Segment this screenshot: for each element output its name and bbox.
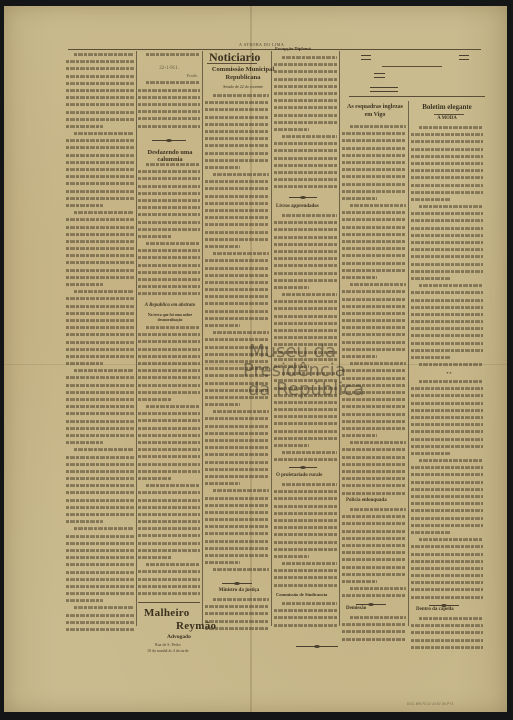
text-line bbox=[419, 538, 483, 541]
text-line bbox=[138, 520, 200, 523]
text-line bbox=[146, 242, 200, 245]
text-line bbox=[419, 380, 483, 383]
text-line bbox=[138, 362, 200, 365]
text-line bbox=[205, 511, 269, 514]
text-line bbox=[342, 449, 406, 452]
text-line bbox=[342, 551, 406, 554]
text-line bbox=[350, 441, 406, 444]
text-line bbox=[138, 369, 200, 372]
ad-hours: 10 da manhã ás 4 da tarde bbox=[147, 648, 189, 653]
text-line bbox=[205, 310, 269, 313]
text-line bbox=[138, 103, 200, 106]
text-line bbox=[66, 240, 134, 243]
text-line bbox=[342, 269, 406, 272]
text-line bbox=[66, 218, 134, 221]
text-line bbox=[205, 620, 269, 623]
text-line bbox=[419, 126, 483, 129]
text-line bbox=[66, 456, 134, 459]
text-line bbox=[411, 646, 483, 649]
text-line bbox=[138, 463, 200, 466]
text-line bbox=[66, 283, 103, 286]
text-line bbox=[66, 147, 134, 150]
text-line bbox=[274, 221, 337, 224]
text-line bbox=[411, 445, 483, 448]
watermark-line: Presidência bbox=[243, 361, 364, 380]
text-line bbox=[411, 560, 483, 563]
text-line bbox=[274, 70, 337, 73]
text-line bbox=[138, 427, 200, 430]
text-line bbox=[342, 477, 406, 480]
text-line bbox=[274, 257, 337, 260]
text-line bbox=[138, 376, 200, 379]
text-line bbox=[138, 570, 200, 573]
text-line bbox=[66, 578, 134, 581]
text-line bbox=[146, 53, 200, 56]
text-line bbox=[138, 578, 200, 581]
text-line bbox=[138, 117, 200, 120]
text-line bbox=[342, 190, 406, 193]
text-line bbox=[342, 290, 406, 293]
text-line bbox=[350, 616, 406, 619]
text-line bbox=[205, 281, 269, 284]
headline-demissao: Demissão bbox=[346, 606, 366, 611]
text-line bbox=[342, 515, 406, 518]
headline-ministro: Ministro da justiça bbox=[209, 588, 269, 593]
column-6-body bbox=[411, 124, 483, 369]
text-line bbox=[66, 535, 134, 538]
text-line bbox=[274, 85, 337, 88]
text-line bbox=[205, 525, 269, 528]
text-line bbox=[66, 470, 134, 473]
text-line bbox=[342, 312, 406, 315]
text-line bbox=[411, 481, 483, 484]
text-line bbox=[419, 205, 483, 208]
watermark-line: Museu da bbox=[249, 342, 364, 361]
text-line bbox=[342, 522, 406, 525]
column-rule bbox=[202, 51, 203, 626]
text-line bbox=[66, 111, 134, 114]
text-line bbox=[342, 470, 406, 473]
text-line bbox=[66, 463, 134, 466]
text-line bbox=[66, 592, 134, 595]
text-line bbox=[66, 377, 134, 380]
text-line bbox=[282, 562, 337, 565]
text-line bbox=[138, 333, 200, 336]
text-line bbox=[66, 520, 103, 523]
text-line bbox=[66, 96, 134, 99]
text-line bbox=[66, 168, 134, 171]
text-line bbox=[66, 89, 134, 92]
title-rule bbox=[207, 63, 257, 64]
text-line bbox=[66, 348, 134, 351]
text-line bbox=[274, 490, 337, 493]
text-line bbox=[205, 152, 269, 155]
text-line bbox=[138, 257, 200, 260]
text-line bbox=[274, 157, 337, 160]
text-line bbox=[66, 75, 134, 78]
text-line bbox=[66, 226, 134, 229]
text-line bbox=[66, 125, 103, 128]
text-line bbox=[138, 177, 200, 180]
text-line bbox=[411, 596, 483, 599]
text-line bbox=[411, 474, 483, 477]
headline-sindicancia: Commissão de Sindicancia bbox=[276, 592, 327, 597]
text-line bbox=[274, 423, 337, 426]
headline-rule bbox=[434, 114, 464, 115]
text-line bbox=[342, 566, 406, 569]
text-line bbox=[138, 527, 200, 530]
text-line bbox=[205, 116, 269, 119]
text-line bbox=[342, 147, 406, 150]
text-line bbox=[66, 341, 134, 344]
text-line bbox=[138, 535, 200, 538]
text-line bbox=[342, 573, 406, 576]
text-line bbox=[205, 482, 240, 485]
text-line bbox=[274, 430, 337, 433]
text-line bbox=[274, 171, 337, 174]
text-line bbox=[274, 286, 309, 289]
text-line bbox=[411, 169, 483, 172]
watermark-line: da República bbox=[248, 380, 364, 399]
text-line bbox=[274, 114, 337, 117]
text-line bbox=[411, 133, 483, 136]
text-line bbox=[274, 512, 337, 515]
text-line bbox=[411, 162, 483, 165]
column-5-body-2 bbox=[342, 506, 406, 604]
text-line bbox=[138, 592, 200, 595]
text-line bbox=[66, 556, 134, 559]
text-line bbox=[138, 506, 200, 509]
text-line bbox=[74, 448, 134, 451]
text-line bbox=[342, 276, 377, 279]
text-line bbox=[205, 475, 269, 478]
text-line bbox=[138, 556, 172, 559]
column-6-body-2 bbox=[411, 378, 483, 606]
text-line bbox=[213, 489, 269, 492]
text-line bbox=[205, 533, 269, 536]
text-line bbox=[342, 558, 406, 561]
text-line bbox=[205, 267, 269, 270]
text-line bbox=[411, 553, 483, 556]
text-line bbox=[274, 616, 337, 619]
text-line bbox=[205, 627, 269, 630]
text-line bbox=[205, 238, 269, 241]
headline-livros: Livros apprendados bbox=[276, 204, 319, 209]
text-line bbox=[138, 185, 200, 188]
text-line bbox=[274, 519, 337, 522]
text-line bbox=[138, 513, 200, 516]
text-line bbox=[66, 262, 134, 265]
text-line bbox=[411, 430, 483, 433]
text-line bbox=[342, 319, 406, 322]
text-line bbox=[411, 342, 483, 345]
text-line bbox=[411, 335, 483, 338]
text-line bbox=[274, 142, 337, 145]
text-line bbox=[74, 527, 134, 530]
text-line bbox=[66, 398, 134, 401]
text-line bbox=[274, 401, 337, 404]
text-line bbox=[66, 175, 134, 178]
text-line bbox=[411, 545, 483, 548]
subtitle-commissao: Commissão Municipal Republicana bbox=[207, 66, 279, 82]
text-line bbox=[342, 530, 406, 533]
text-line bbox=[411, 438, 483, 441]
text-line bbox=[205, 108, 269, 111]
text-line bbox=[274, 272, 337, 275]
ad-address: Rua de S. Pedro bbox=[155, 642, 181, 647]
text-line bbox=[411, 531, 451, 534]
text-line bbox=[282, 214, 337, 217]
text-line bbox=[342, 219, 406, 222]
text-line bbox=[66, 333, 134, 336]
text-line bbox=[66, 499, 134, 502]
text-line bbox=[138, 271, 200, 274]
text-line bbox=[342, 413, 406, 416]
text-line bbox=[66, 355, 134, 358]
text-line bbox=[350, 283, 406, 286]
text-line bbox=[205, 497, 269, 500]
text-line bbox=[66, 154, 134, 157]
text-line bbox=[274, 236, 337, 239]
text-line bbox=[274, 279, 337, 282]
column-2-body bbox=[138, 161, 200, 301]
text-line bbox=[342, 623, 406, 626]
text-line bbox=[138, 542, 200, 545]
text-line bbox=[138, 213, 200, 216]
text-line bbox=[138, 170, 200, 173]
text-line bbox=[74, 53, 134, 56]
column-2-top-text bbox=[138, 51, 200, 65]
column-3-body-2 bbox=[205, 596, 269, 632]
museum-watermark: Museu da Presidência da República bbox=[249, 342, 364, 399]
text-line bbox=[350, 204, 406, 207]
text-line bbox=[274, 533, 337, 536]
text-line bbox=[205, 130, 269, 133]
text-line bbox=[213, 410, 269, 413]
text-line bbox=[66, 312, 134, 315]
text-line bbox=[66, 549, 134, 552]
text-line bbox=[138, 348, 200, 351]
text-line bbox=[66, 276, 134, 279]
text-line bbox=[342, 168, 406, 171]
text-line bbox=[342, 427, 406, 430]
text-line bbox=[213, 252, 269, 255]
text-line bbox=[282, 602, 337, 605]
text-line bbox=[205, 317, 269, 320]
text-line bbox=[66, 585, 134, 588]
text-line bbox=[66, 161, 134, 164]
text-line bbox=[66, 384, 134, 387]
text-line bbox=[205, 245, 240, 248]
text-line bbox=[205, 418, 269, 421]
text-line bbox=[411, 155, 483, 158]
text-line bbox=[138, 477, 172, 480]
ad-rule bbox=[382, 66, 442, 67]
ad-bottom-rule bbox=[349, 96, 485, 97]
text-line bbox=[282, 56, 337, 59]
headline-republica: A Republica em abstrato bbox=[140, 303, 200, 308]
column-2: 22-1-911. Frade. bbox=[138, 51, 200, 131]
text-line bbox=[342, 420, 406, 423]
ornament-line bbox=[361, 55, 371, 60]
column-rule bbox=[408, 101, 409, 626]
text-line bbox=[411, 184, 483, 187]
text-line bbox=[411, 313, 483, 316]
text-line bbox=[138, 278, 200, 281]
text-line bbox=[411, 581, 483, 584]
text-line bbox=[66, 434, 134, 437]
text-line bbox=[74, 290, 134, 293]
text-line bbox=[205, 612, 269, 615]
text-line bbox=[205, 461, 269, 464]
text-line bbox=[138, 441, 200, 444]
section-divider bbox=[222, 583, 252, 584]
text-line bbox=[274, 308, 337, 311]
text-line bbox=[411, 191, 483, 194]
text-line bbox=[66, 118, 134, 121]
text-line bbox=[411, 220, 483, 223]
text-line bbox=[411, 277, 451, 280]
text-line bbox=[342, 326, 406, 329]
text-line bbox=[411, 291, 483, 294]
section-divider bbox=[289, 197, 317, 198]
text-line bbox=[66, 628, 134, 631]
text-line bbox=[146, 81, 200, 84]
text-line bbox=[342, 630, 406, 633]
section-divider bbox=[429, 605, 459, 606]
column-4-body-4 bbox=[274, 600, 337, 632]
text-line bbox=[138, 292, 200, 295]
text-line bbox=[205, 202, 269, 205]
headline-boletim: Boletim elegante bbox=[412, 103, 482, 111]
text-line bbox=[205, 231, 269, 234]
text-line bbox=[411, 631, 483, 634]
text-line bbox=[411, 198, 451, 201]
text-line bbox=[350, 508, 406, 511]
text-line bbox=[342, 537, 406, 540]
text-line bbox=[146, 563, 200, 566]
archive-stamp: DOC.MR.FD.D.V3.57.05.PT3 bbox=[407, 702, 453, 706]
text-line bbox=[205, 439, 269, 442]
text-line bbox=[205, 453, 269, 456]
text-line bbox=[66, 513, 134, 516]
text-line bbox=[411, 349, 483, 352]
section-divider bbox=[289, 467, 317, 468]
text-line bbox=[205, 209, 269, 212]
text-line bbox=[138, 340, 200, 343]
text-line bbox=[66, 305, 134, 308]
text-line bbox=[205, 446, 269, 449]
text-line bbox=[138, 206, 200, 209]
text-line bbox=[205, 288, 269, 291]
text-line bbox=[274, 92, 337, 95]
text-line bbox=[342, 305, 406, 308]
text-line bbox=[342, 456, 406, 459]
headline-policia: Policia enlouquada bbox=[346, 498, 387, 503]
text-line bbox=[274, 526, 337, 529]
text-line bbox=[66, 254, 134, 257]
text-line bbox=[66, 412, 134, 415]
text-line bbox=[274, 584, 337, 587]
text-line bbox=[274, 415, 337, 418]
text-line bbox=[411, 495, 483, 498]
section-marker: * * bbox=[414, 371, 484, 376]
text-line bbox=[411, 306, 483, 309]
session-date: Sessão de 22 do corrente bbox=[212, 84, 274, 89]
text-line bbox=[411, 320, 483, 323]
text-line bbox=[66, 103, 134, 106]
text-line bbox=[138, 412, 200, 415]
text-line bbox=[66, 621, 134, 624]
text-line bbox=[205, 403, 240, 406]
text-line bbox=[66, 563, 134, 566]
text-line bbox=[205, 547, 269, 550]
text-line bbox=[274, 497, 337, 500]
text-line bbox=[138, 448, 200, 451]
date-line: 22-1-911. bbox=[138, 65, 200, 72]
text-line bbox=[274, 555, 309, 558]
text-line bbox=[138, 455, 200, 458]
text-line bbox=[66, 477, 134, 480]
text-line bbox=[419, 459, 483, 462]
text-line bbox=[138, 384, 200, 387]
text-line bbox=[411, 299, 483, 302]
text-line bbox=[66, 427, 134, 430]
text-line bbox=[411, 574, 483, 577]
text-line bbox=[419, 617, 483, 620]
text-line bbox=[138, 221, 200, 224]
text-line bbox=[411, 488, 483, 491]
column-rule bbox=[136, 51, 137, 626]
text-line bbox=[274, 444, 309, 447]
text-line bbox=[74, 607, 134, 610]
column-5-body bbox=[342, 123, 406, 498]
text-line bbox=[205, 425, 269, 428]
text-line bbox=[205, 324, 240, 327]
headline-proletariado: O proletariado rurale bbox=[276, 473, 322, 478]
subhead-moda: A MODA bbox=[412, 116, 482, 121]
text-line bbox=[419, 284, 483, 287]
text-line bbox=[274, 121, 337, 124]
text-line bbox=[274, 128, 309, 131]
text-line bbox=[66, 571, 134, 574]
text-line bbox=[274, 106, 337, 109]
text-line bbox=[342, 544, 406, 547]
text-line bbox=[205, 605, 269, 608]
text-line bbox=[205, 223, 269, 226]
text-line bbox=[411, 241, 483, 244]
text-line bbox=[138, 434, 200, 437]
subhead-republica: Na terra que foi uma nobre desmoralisaçã… bbox=[142, 313, 198, 322]
text-line bbox=[138, 391, 200, 394]
text-line bbox=[274, 408, 337, 411]
text-line bbox=[342, 484, 406, 487]
text-line bbox=[411, 356, 451, 359]
signature: Frade. bbox=[138, 72, 200, 79]
section-divider bbox=[152, 140, 186, 141]
text-line bbox=[66, 319, 134, 322]
text-line bbox=[411, 567, 483, 570]
text-line bbox=[274, 228, 337, 231]
text-line bbox=[274, 315, 337, 318]
headline-capella: Dentro da capella bbox=[416, 607, 454, 612]
text-line bbox=[138, 499, 200, 502]
text-line bbox=[350, 587, 406, 590]
text-line bbox=[350, 125, 406, 128]
text-line bbox=[411, 394, 483, 397]
text-line bbox=[138, 420, 200, 423]
text-line bbox=[342, 226, 406, 229]
